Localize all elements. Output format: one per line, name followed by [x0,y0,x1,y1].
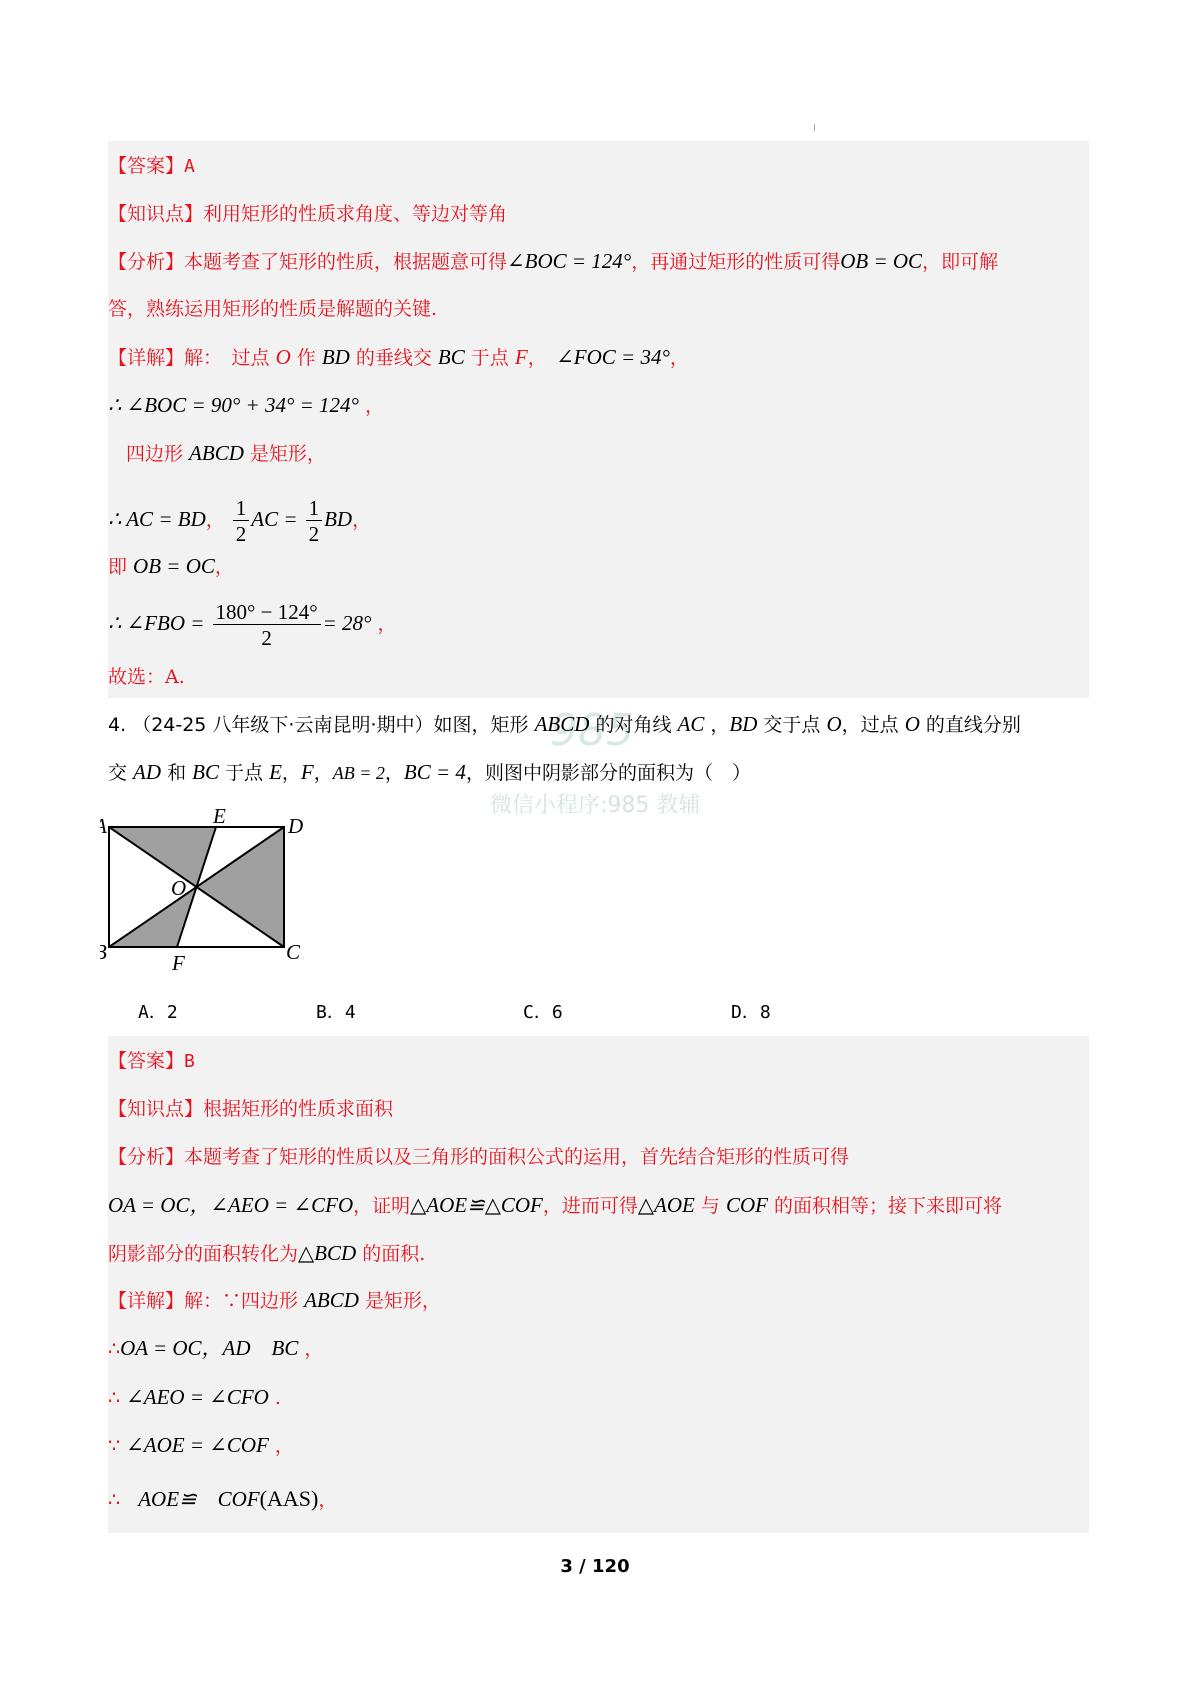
q4-knowledge-line: 【知识点】根据矩形的性质求面积 [108,1096,393,1122]
option-a[interactable]: A．2 [138,998,178,1024]
choose-text: 故选：A. [108,666,185,688]
math-expr: AD [133,760,161,784]
math-expr: F [301,760,314,784]
q3-analysis-line-2: 答，熟练运用矩形的性质是解题的关键. [108,296,437,322]
math-expr: AOE≌ COF [138,1487,259,1511]
analysis-text: 阴影部分的面积转化为 [108,1243,298,1265]
label-c: C [286,940,301,964]
punct: . [269,1387,281,1409]
analysis-tag: 【分析】 [108,1146,184,1168]
denominator: 2 [233,521,250,547]
punct: ， [298,1338,323,1360]
math-expr: AC = [251,507,297,531]
math-expr: F [515,345,528,369]
question-text: ， [704,714,729,736]
page-number: 3 / 120 [0,1556,1190,1577]
math-expr: BD [324,507,352,531]
therefore-symbol: ∴ [108,1489,120,1511]
header-mark [814,124,815,131]
math-expr: BC [192,760,219,784]
punct: ， [215,556,234,578]
step-text: 是矩形， [244,443,326,465]
denominator: 2 [213,625,321,651]
question-text: 的直线分别 [920,714,1021,736]
math-expr: O [826,712,841,736]
detail-text: 解： 过点 [184,347,276,369]
q3-step-2: 四边形 ABCD 是矩形， [126,440,326,467]
math-expr: = 28° [323,611,372,635]
math-expr: O [276,345,291,369]
question-text: 的对角线 [589,714,677,736]
punct: ， [371,613,396,635]
math-expr: ∠FOC = 34° [556,345,670,369]
label-a: A [100,814,107,838]
analysis-text: 的面积相等；接下来即可将 [768,1195,1002,1217]
q4-question-line-1: 4. （24-25 八年级下·云南昆明·期中）如图，矩形 ABCD 的对角线 A… [108,711,1021,738]
q4-answer-line: 【答案】B [108,1048,195,1075]
answer-value: B [184,1051,195,1072]
detail-tag: 【详解】 [108,347,184,369]
analysis-text: 与 [695,1195,726,1217]
detail-text: 解：∵四边形 [184,1290,304,1312]
detail-text: ， [528,347,557,369]
step-text: 四边形 [126,443,189,465]
detail-text: 于点 [465,347,515,369]
analysis-text: 本题考查了矩形的性质以及三角形的面积公式的运用，首先结合矩形的性质可得 [184,1146,849,1168]
answer-tag: 【答案】 [108,155,184,177]
math-expr: △BCD [298,1241,356,1265]
analysis-text: ，即可解 [922,251,998,273]
detail-text: 作 [291,347,322,369]
math-expr: AB = 2 [333,763,385,783]
q3-step-1: ∴ ∠BOC = 90° + 34° = 124° ， [108,392,384,419]
math-expr: O [905,712,920,736]
therefore-symbol: ∴ [108,1387,120,1409]
question-text: ，过点 [842,714,905,736]
analysis-text: ，进而可得 [543,1195,638,1217]
knowledge-text: 根据矩形的性质求面积 [203,1098,393,1120]
answer-value: A [184,156,195,177]
analysis-text: 答，熟练运用矩形的性质是解题的关键. [108,298,437,320]
math-expr: OA = OC，∠AEO = ∠CFO [108,1193,353,1217]
math-expr: AC [678,712,705,736]
q4-analysis-line-2: OA = OC，∠AEO = ∠CFO，证明△AOE≌△COF，进而可得△AOE… [108,1192,1002,1219]
knowledge-text: 利用矩形的性质求角度、等边对等角 [203,203,507,225]
q4-detail-line: 【详解】解：∵四边形 ABCD 是矩形， [108,1287,441,1314]
detail-text: ， [670,347,689,369]
q3-analysis-line-1: 【分析】本题考查了矩形的性质，根据题意可得∠BOC = 124°，再通过矩形的性… [108,248,998,275]
punct: ， [206,509,225,531]
punct: ， [359,395,384,417]
knowledge-tag: 【知识点】 [108,1098,203,1120]
denominator: 2 [306,521,323,547]
math-expr: ABCD [189,441,244,465]
detail-text: 是矩形， [359,1290,441,1312]
analysis-text: 本题考查了矩形的性质，根据题意可得 [184,251,507,273]
question-text: ， [282,762,301,784]
math-expr: ∠AEO = ∠CFO [126,1385,269,1409]
fraction: 12 [306,496,323,547]
analysis-text: 的面积. [356,1243,425,1265]
q3-step-4: 即 OB = OC， [108,553,234,580]
question-text: ， [314,762,333,784]
math-expr: BD [322,345,350,369]
analysis-text: ，证明 [353,1195,410,1217]
because-symbol: ∵ [108,1435,120,1457]
math-expr: ∴ ∠FBO = [108,611,204,635]
q3-choose-line: 故选：A. [108,664,185,690]
q3-answer-line: 【答案】A [108,153,195,180]
q4-step-2: ∴ ∠AEO = ∠CFO . [108,1384,281,1411]
watermark-text: 微信小程序:985 教辅 [490,788,700,819]
q4-step-1: ∴OA = OC，AD BC ， [108,1335,323,1362]
math-expr: △AOE [638,1193,695,1217]
fraction: 12 [233,496,250,547]
q3-step-3: ∴ AC = BD， 12AC = 12BD， [108,494,371,547]
q4-question-line-2: 交 AD 和 BC 于点 E，F，AB = 2，BC = 4，则图中阴影部分的面… [108,759,751,786]
math-expr: ABCD [535,712,590,736]
math-expr: COF [726,1193,768,1217]
question-text: ，则图中阴影部分的面积为（ ） [466,762,751,784]
math-expr: OB = OC [840,249,922,273]
math-expr: BC = 4 [404,760,466,784]
rectangle-figure: A D B C E F O [100,800,360,980]
question-source: （24-25 八年级下·云南昆明·期中） [132,714,433,736]
question-text: 和 [161,762,192,784]
question-text: 交于点 [757,714,826,736]
option-b[interactable]: B．4 [316,998,356,1024]
q4-analysis-line-1: 【分析】本题考查了矩形的性质以及三角形的面积公式的运用，首先结合矩形的性质可得 [108,1144,849,1170]
question-text: ， [385,762,404,784]
analysis-tag: 【分析】 [108,251,184,273]
q4-step-3: ∵ ∠AOE = ∠COF ， [108,1432,294,1459]
numerator: 180° − 124° [213,600,321,625]
math-expr: ∴ AC = BD [108,507,206,531]
math-expr: BD [729,712,757,736]
punct: ， [352,509,371,531]
punct: ， [318,1489,337,1511]
label-o: O [171,876,186,900]
answer-tag: 【答案】 [108,1050,184,1072]
numerator: 1 [306,496,323,521]
math-expr: ABCD [304,1288,359,1312]
fraction: 180° − 124°2 [213,600,321,651]
math-expr: OA = OC，AD BC [120,1336,298,1360]
math-expr: ∴ ∠BOC = 90° + 34° = 124° [108,393,359,417]
question-text: 交 [108,762,133,784]
option-d[interactable]: D．8 [731,998,771,1024]
label-f: F [171,951,185,975]
q3-knowledge-line: 【知识点】利用矩形的性质求角度、等边对等角 [108,201,507,227]
option-c[interactable]: C．6 [523,998,563,1024]
math-expr: (AAS) [260,1486,319,1511]
therefore-symbol: ∴ [108,1338,120,1360]
q4-analysis-line-3: 阴影部分的面积转化为△BCD 的面积. [108,1240,425,1267]
numerator: 1 [233,496,250,521]
step-text: 即 [108,556,133,578]
math-expr: E [269,760,282,784]
question-text: 如图，矩形 [434,714,535,736]
q3-detail-line: 【详解】解： 过点 O 作 BD 的垂线交 BC 于点 F， ∠FOC = 34… [108,344,689,371]
detail-tag: 【详解】 [108,1290,184,1312]
q4-step-4: ∴ AOE≌ COF(AAS)， [108,1486,337,1513]
math-expr: OB = OC [133,554,215,578]
q3-step-5: ∴ ∠FBO = 180° − 124°2= 28° ， [108,596,397,651]
math-expr: △AOE≌△COF [410,1193,543,1217]
analysis-text: ，再通过矩形的性质可得 [631,251,840,273]
math-expr: BC [438,345,465,369]
detail-text: 的垂线交 [350,347,438,369]
label-d: D [287,814,303,838]
punct: ， [269,1435,294,1457]
label-e: E [212,804,226,828]
question-number: 4. [108,714,126,736]
question-text: 于点 [219,762,269,784]
math-expr: ∠BOC = 124° [507,249,631,273]
label-b: B [100,940,107,964]
math-expr: ∠AOE = ∠COF [126,1433,269,1457]
knowledge-tag: 【知识点】 [108,203,203,225]
